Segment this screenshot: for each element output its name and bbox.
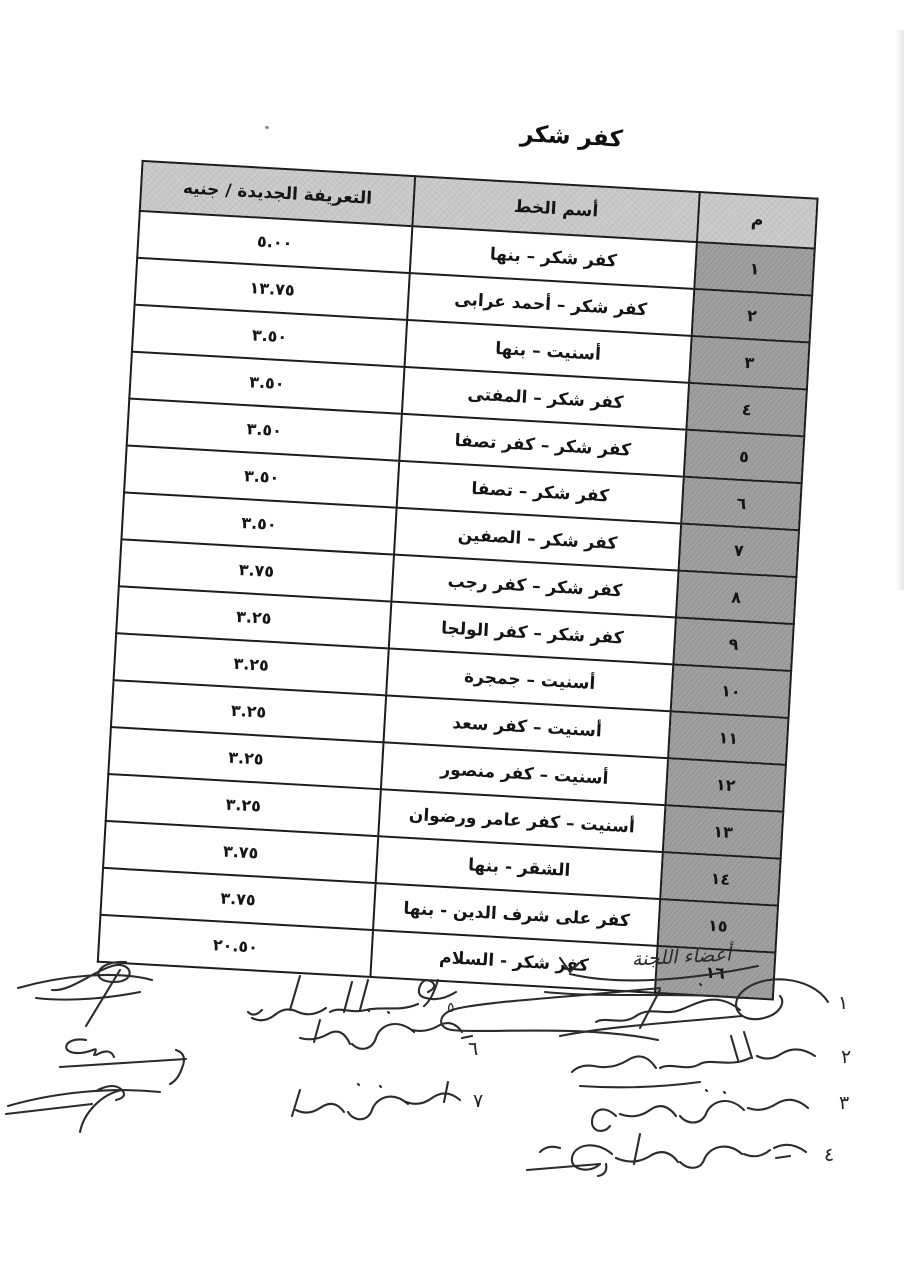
signature-scribble (706, 1090, 725, 1093)
signature-scribble (358, 1084, 381, 1087)
signature-scribble (776, 1156, 790, 1158)
signature-scribble (96, 1051, 114, 1057)
signature-scribble (300, 1032, 350, 1044)
signature-scribble (290, 976, 300, 1010)
signature-scribble (616, 1152, 678, 1162)
signature-scribble (731, 1032, 752, 1060)
signature-scribble (774, 1145, 806, 1152)
signatures-left (6, 962, 186, 1132)
signature-scribble (560, 958, 579, 972)
signature-scribble (66, 1039, 96, 1055)
signature-scribble (348, 1097, 408, 1120)
signature-scribble (344, 982, 352, 1012)
signature-scribble (540, 1147, 560, 1152)
signature-scribble (680, 1147, 742, 1168)
signature-scribble (700, 984, 701, 985)
signature-scribble (736, 979, 828, 1019)
signature-scribble (744, 1150, 770, 1156)
signature-scribble (580, 1082, 700, 1087)
signature-scribble (80, 1090, 122, 1132)
signature-scribble (592, 1109, 616, 1130)
scanned-document-page: كفر شكر م أسم الخط التعريفة الجديدة / جن… (0, 0, 904, 1280)
signature-scribble (8, 1090, 160, 1106)
signature-scribble (560, 1016, 742, 1036)
signature-scribble (462, 1036, 472, 1038)
signature-scribble (352, 1024, 414, 1049)
signature-scribble (330, 1004, 418, 1012)
signature-scribble (248, 1010, 262, 1015)
signatures-section: أعضاء اللجنة ١ ٢ ٣ ٤ ٥ ٦ ٧ (0, 0, 904, 1280)
signature-scribble (444, 1082, 448, 1102)
signature-scribble (572, 1056, 656, 1072)
signature-scribble (6, 1104, 92, 1114)
signature-scribble (660, 1058, 750, 1068)
signature-scribble (360, 980, 368, 1010)
signature-scribble (368, 1010, 389, 1013)
signature-scribble (296, 1104, 344, 1113)
signature-scribble (680, 1101, 744, 1122)
signature-scribble (60, 1059, 186, 1067)
signature-scribble (36, 992, 140, 1000)
signature-scribble (620, 1106, 676, 1116)
signature-scribble (757, 1049, 815, 1058)
signatures-right (527, 966, 828, 1176)
signature-scribble (18, 975, 152, 988)
signature-scribble (170, 1050, 184, 1084)
signature-scribble (424, 980, 438, 1006)
signature-scribble (545, 992, 742, 998)
signature-scribble (748, 1100, 808, 1110)
handwritten-signatures (0, 940, 904, 1280)
signatures-middle (248, 958, 660, 1119)
signature-scribble (570, 966, 758, 980)
signature-scribble (406, 1093, 460, 1103)
signature-scribble (634, 1134, 640, 1164)
